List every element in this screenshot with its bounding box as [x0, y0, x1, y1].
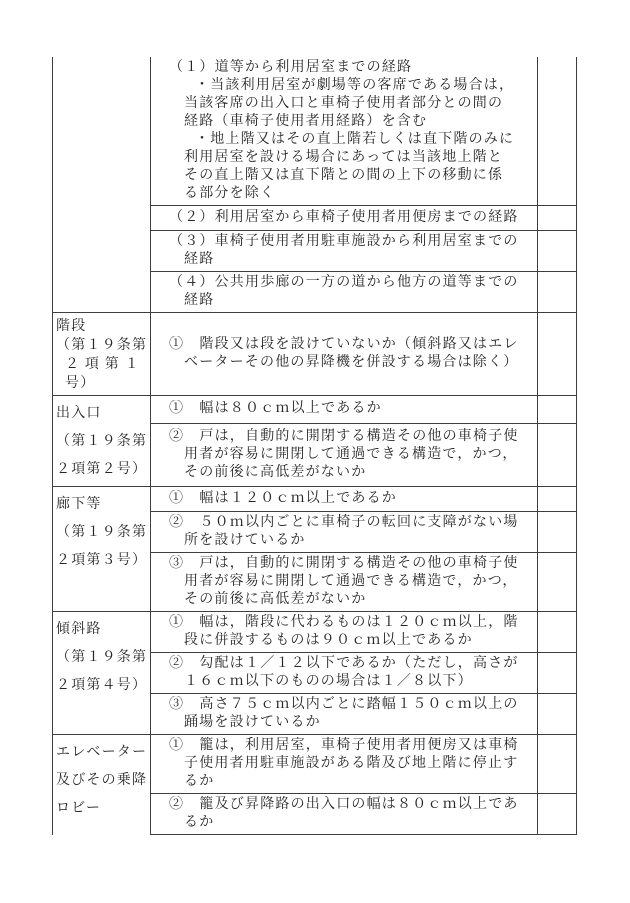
text-line: （第１９条第 — [56, 336, 149, 355]
check-cell — [537, 612, 577, 652]
category-cell-routes — [53, 57, 151, 312]
category-cell-entrance: 出入口（第１９条第２項第２号） — [53, 396, 151, 486]
rows-wrapper: （１）道等から利用居室までの経路・当該利用居室が劇場等の客席である場合は，当該客… — [151, 57, 577, 312]
table-row: ② 勾配は１／１２以下であるか（ただし，高さが１６ｃｍ以下のものの場合は１／８以… — [151, 652, 577, 693]
check-cell — [537, 57, 577, 205]
table-row: ① 幅は，階段に代わるものは１２０ｃｍ以上，階段に併設するものは９０ｃｍ以上であ… — [151, 612, 577, 652]
text-line: その直上階又は直下階との間の上下の移動に係 — [184, 167, 534, 185]
text-line: るか — [184, 773, 534, 791]
requirement-cell: （２）利用居室から車椅子使用者用便房までの経路 — [151, 206, 537, 230]
check-cell — [537, 553, 577, 611]
requirement-cell: （３）車椅子使用者用駐車施設から利用居室までの経路 — [151, 231, 537, 271]
rows-wrapper: ① 階段又は段を設けていないか（傾斜路又はエレベーターその他の昇降機を併設する場… — [151, 313, 577, 395]
rows-wrapper: ① 幅は，階段に代わるものは１２０ｃｍ以上，階段に併設するものは９０ｃｍ以上であ… — [151, 612, 577, 734]
check-cell — [537, 794, 577, 834]
text-line: 号） — [65, 374, 149, 393]
text-line: ① 幅は，階段に代わるものは１２０ｃｍ以上，階 — [169, 614, 534, 632]
table-row: ① 幅は１２０ｃｍ以上であるか — [151, 487, 577, 511]
checklist-table: （１）道等から利用居室までの経路・当該利用居室が劇場等の客席である場合は，当該客… — [52, 57, 577, 835]
table-row: ③ 戸は，自動的に開閉する構造その他の車椅子使用者が容易に開閉して通過できる構造… — [151, 552, 577, 611]
requirement-cell: ② 勾配は１／１２以下であるか（ただし，高さが１６ｃｍ以下のものの場合は１／８以… — [151, 653, 537, 693]
requirement-cell: ① 籠は，利用居室，車椅子使用者用便房又は車椅子使用者用駐車施設がある階及び地上… — [151, 735, 537, 793]
table-row: （２）利用居室から車椅子使用者用便房までの経路 — [151, 205, 577, 230]
text-line: （４）公共用歩廊の一方の道から他方の道等までの — [169, 274, 534, 292]
text-line: （２）利用居室から車椅子使用者用便房までの経路 — [169, 209, 534, 227]
text-line: ① 幅は１２０ｃｍ以上であるか — [169, 490, 534, 508]
text-line: 経路（車椅子使用者用経路）を含む — [184, 113, 534, 131]
text-line: ③ 戸は，自動的に開閉する構造その他の車椅子使 — [169, 555, 534, 573]
text-line: ベーターその他の昇降機を併設する場合は除く） — [184, 354, 534, 372]
section-routes: （１）道等から利用居室までの経路・当該利用居室が劇場等の客席である場合は，当該客… — [53, 57, 577, 312]
rows-wrapper: ① 幅は１２０ｃｍ以上であるか② ５０ｍ以内ごとに車椅子の転回に支障がない場所を… — [151, 487, 577, 611]
text-line: 出入口 — [56, 400, 149, 428]
check-cell — [537, 272, 577, 312]
text-line: ロビー — [56, 795, 149, 823]
category-cell-elevator-lobby: エレベーター及びその乗降ロビー — [53, 735, 151, 835]
section-elevator-lobby: エレベーター及びその乗降ロビー① 籠は，利用居室，車椅子使用者用便房又は車椅子使… — [53, 734, 577, 835]
requirement-cell: （１）道等から利用居室までの経路・当該利用居室が劇場等の客席である場合は，当該客… — [151, 57, 537, 205]
rows-wrapper: ① 籠は，利用居室，車椅子使用者用便房又は車椅子使用者用駐車施設がある階及び地上… — [151, 735, 577, 835]
check-cell — [537, 396, 577, 423]
text-line: ① 幅は８０ｃｍ以上であるか — [169, 400, 534, 418]
text-line: （１）道等から利用居室までの経路 — [169, 59, 534, 77]
text-line: る部分を除く — [184, 185, 534, 203]
text-line: ② 戸は，自動的に開閉する構造その他の車椅子使 — [169, 428, 534, 446]
text-line: ２ 項 第 １ — [65, 355, 149, 374]
requirement-cell: ① 幅は８０ｃｍ以上であるか — [151, 396, 537, 423]
text-line: 当該客席の出入口と車椅子使用者部分との間の — [184, 95, 534, 113]
text-line: 所を設けているか — [184, 532, 534, 550]
requirement-cell: ② 戸は，自動的に開閉する構造その他の車椅子使用者が容易に開閉して通過できる構造… — [151, 424, 537, 487]
text-line: ・地上階又はその直上階若しくは直下階のみに — [195, 131, 534, 149]
text-line: ② 籠及び昇降路の出入口の幅は８０ｃｍ以上であ — [169, 796, 534, 814]
table-row: ③ 高さ７５ｃｍ以内ごとに踏幅１５０ｃｍ以上の踊場を設けているか — [151, 693, 577, 734]
table-row: ② 戸は，自動的に開閉する構造その他の車椅子使用者が容易に開閉して通過できる構造… — [151, 423, 577, 487]
section-slope: 傾斜路（第１９条第２項第４号）① 幅は，階段に代わるものは１２０ｃｍ以上，階段に… — [53, 611, 577, 734]
text-line: るか — [184, 814, 534, 832]
text-line: ① 階段又は段を設けていないか（傾斜路又はエレ — [169, 336, 534, 354]
text-line: 廊下等 — [56, 491, 149, 519]
text-line: ① 籠は，利用居室，車椅子使用者用便房又は車椅 — [169, 737, 534, 755]
text-line: （第１９条第 — [56, 428, 149, 456]
text-line: ③ 高さ７５ｃｍ以内ごとに踏幅１５０ｃｍ以上の — [169, 696, 534, 714]
text-line: 子使用者用駐車施設がある階及び地上階に停止す — [184, 755, 534, 773]
text-line: エレベーター — [56, 739, 149, 767]
check-cell — [537, 206, 577, 230]
text-line: 段に併設するものは９０ｃｍ以上であるか — [184, 632, 534, 650]
table-row: （３）車椅子使用者用駐車施設から利用居室までの経路 — [151, 230, 577, 271]
check-cell — [537, 231, 577, 271]
table-row: （１）道等から利用居室までの経路・当該利用居室が劇場等の客席である場合は，当該客… — [151, 57, 577, 205]
text-line: 傾斜路 — [56, 616, 149, 644]
text-line: ２項第４号） — [56, 672, 149, 700]
check-cell — [537, 512, 577, 552]
check-cell — [537, 694, 577, 734]
rows-wrapper: ① 幅は８０ｃｍ以上であるか② 戸は，自動的に開閉する構造その他の車椅子使用者が… — [151, 396, 577, 486]
table-row: （４）公共用歩廊の一方の道から他方の道等までの経路 — [151, 271, 577, 312]
table-row: ① 階段又は段を設けていないか（傾斜路又はエレベーターその他の昇降機を併設する場… — [151, 313, 577, 395]
check-cell — [537, 313, 577, 395]
requirement-cell: ① 幅は，階段に代わるものは１２０ｃｍ以上，階段に併設するものは９０ｃｍ以上であ… — [151, 612, 537, 652]
check-cell — [537, 735, 577, 793]
text-line: ・当該利用居室が劇場等の客席である場合は， — [195, 77, 534, 95]
text-line: （第１９条第 — [56, 519, 149, 547]
requirement-cell: ① 階段又は段を設けていないか（傾斜路又はエレベーターその他の昇降機を併設する場… — [151, 313, 537, 395]
check-cell — [537, 424, 577, 487]
table-row: ① 幅は８０ｃｍ以上であるか — [151, 396, 577, 423]
check-cell — [537, 487, 577, 511]
text-line: 用者が容易に開閉して通過できる構造で，かつ， — [184, 573, 534, 591]
requirement-cell: ③ 戸は，自動的に開閉する構造その他の車椅子使用者が容易に開閉して通過できる構造… — [151, 553, 537, 611]
table-row: ② 籠及び昇降路の出入口の幅は８０ｃｍ以上であるか — [151, 793, 577, 834]
category-cell-slope: 傾斜路（第１９条第２項第４号） — [53, 612, 151, 734]
requirement-cell: ② 籠及び昇降路の出入口の幅は８０ｃｍ以上であるか — [151, 794, 537, 834]
section-corridor: 廊下等（第１９条第２項第３号）① 幅は１２０ｃｍ以上であるか② ５０ｍ以内ごとに… — [53, 486, 577, 611]
text-line: 踊場を設けているか — [184, 714, 534, 732]
text-line: 及びその乗降 — [56, 767, 149, 795]
section-entrance: 出入口（第１９条第２項第２号）① 幅は８０ｃｍ以上であるか② 戸は，自動的に開閉… — [53, 395, 577, 486]
text-line: その前後に高低差がないか — [184, 591, 534, 609]
text-line: ② 勾配は１／１２以下であるか（ただし，高さが — [169, 655, 534, 673]
category-cell-stairs: 階段（第１９条第２ 項 第 １号） — [53, 313, 151, 395]
requirement-cell: ② ５０ｍ以内ごとに車椅子の転回に支障がない場所を設けているか — [151, 512, 537, 552]
document-page: （１）道等から利用居室までの経路・当該利用居室が劇場等の客席である場合は，当該客… — [0, 0, 630, 903]
table-row: ② ５０ｍ以内ごとに車椅子の転回に支障がない場所を設けているか — [151, 511, 577, 552]
check-cell — [537, 653, 577, 693]
text-line: （３）車椅子使用者用駐車施設から利用居室までの — [169, 233, 534, 251]
text-line: 経路 — [184, 251, 534, 269]
text-line: 利用居室を設ける場合にあっては当該地上階と — [184, 149, 534, 167]
text-line: （第１９条第 — [56, 644, 149, 672]
requirement-cell: （４）公共用歩廊の一方の道から他方の道等までの経路 — [151, 272, 537, 312]
table-row: ① 籠は，利用居室，車椅子使用者用便房又は車椅子使用者用駐車施設がある階及び地上… — [151, 735, 577, 793]
text-line: ② ５０ｍ以内ごとに車椅子の転回に支障がない場 — [169, 514, 534, 532]
text-line: ２項第３号） — [56, 547, 149, 575]
text-line: ２項第２号） — [56, 456, 149, 484]
text-line: １６ｃｍ以下のものの場合は１／８以下） — [184, 673, 534, 691]
category-cell-corridor: 廊下等（第１９条第２項第３号） — [53, 487, 151, 611]
text-line: 階段 — [56, 317, 149, 336]
requirement-cell: ① 幅は１２０ｃｍ以上であるか — [151, 487, 537, 511]
text-line: 用者が容易に開閉して通過できる構造で，かつ， — [184, 446, 534, 464]
text-line: 経路 — [184, 292, 534, 310]
text-line: その前後に高低差がないか — [184, 464, 534, 482]
requirement-cell: ③ 高さ７５ｃｍ以内ごとに踏幅１５０ｃｍ以上の踊場を設けているか — [151, 694, 537, 734]
section-stairs: 階段（第１９条第２ 項 第 １号）① 階段又は段を設けていないか（傾斜路又はエレ… — [53, 312, 577, 395]
